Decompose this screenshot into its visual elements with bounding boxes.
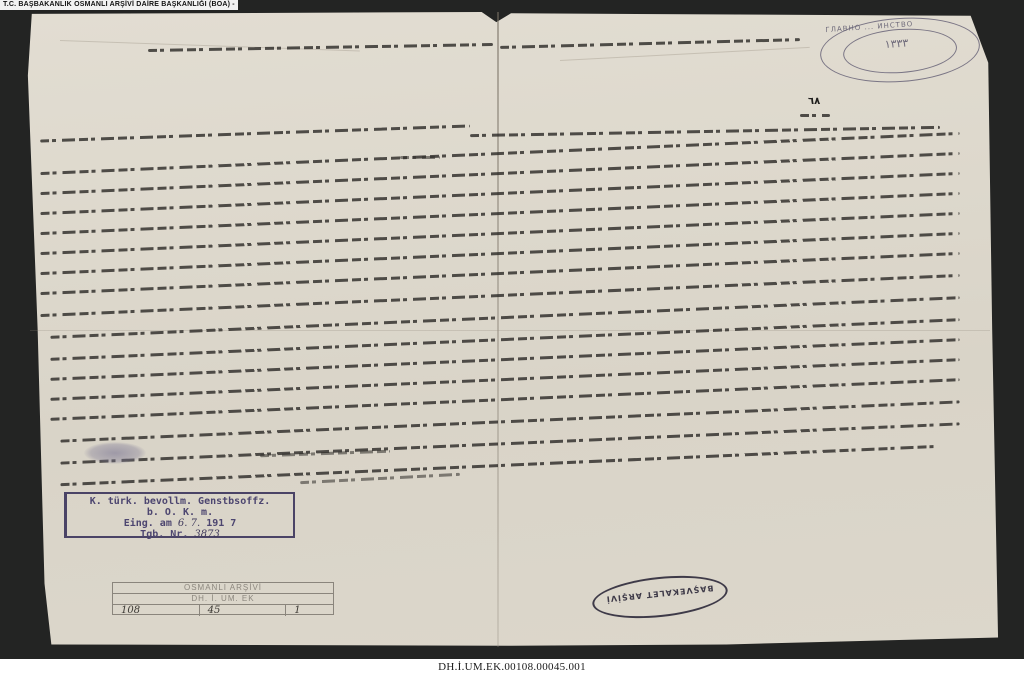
stamp-received-date: 6. 7.	[178, 518, 200, 529]
seal-calligraphy: ١٣٣٣	[860, 35, 933, 64]
stamp-line-2: b. O. K. m.	[67, 507, 293, 518]
oval-stamp-text: BAŞVEKALET ARŞİVİ	[594, 582, 726, 605]
stamp-line-1: K. türk. bevollm. Genstbsoffz.	[67, 496, 293, 507]
archive-box-title: OSMANLI ARŞİVİ	[113, 583, 333, 594]
stamp-received-label: Eing. am	[124, 518, 172, 529]
stamp-line-3: Eing. am 6. 7. 191 7	[67, 518, 293, 529]
catalog-id: DH.İ.UM.EK.00108.00045.001	[0, 659, 1024, 675]
archive-box-page: 1	[286, 605, 333, 616]
german-receipt-stamp: K. türk. bevollm. Genstbsoffz. b. O. K. …	[64, 492, 295, 538]
page-number-mark: ٦٨	[808, 96, 834, 106]
archive-box-numbers: 108 45 1	[113, 605, 333, 616]
stamp-journal-number: 3873	[194, 529, 219, 540]
stamp-received-year: 191 7	[206, 518, 236, 529]
handwritten-mark	[800, 112, 830, 118]
archive-reference-box: OSMANLI ARŞİVİ DH. İ. UM. EK 108 45 1	[112, 582, 334, 615]
stamp-line-4: Tgb. Nr. 3873	[67, 529, 293, 540]
scan-viewport: T.C. BAŞBAKANLIK OSMANLI ARŞİVİ DAİRE BA…	[0, 0, 1024, 659]
archive-header-label: T.C. BAŞBAKANLIK OSMANLI ARŞİVİ DAİRE BA…	[0, 0, 238, 10]
archive-box-file: 45	[200, 605, 287, 616]
archive-box-collection: DH. İ. UM. EK	[113, 594, 333, 605]
ink-seal-impression	[84, 442, 146, 464]
archive-box-folder: 108	[113, 605, 200, 616]
stamp-journal-label: Tgb. Nr.	[140, 529, 188, 540]
